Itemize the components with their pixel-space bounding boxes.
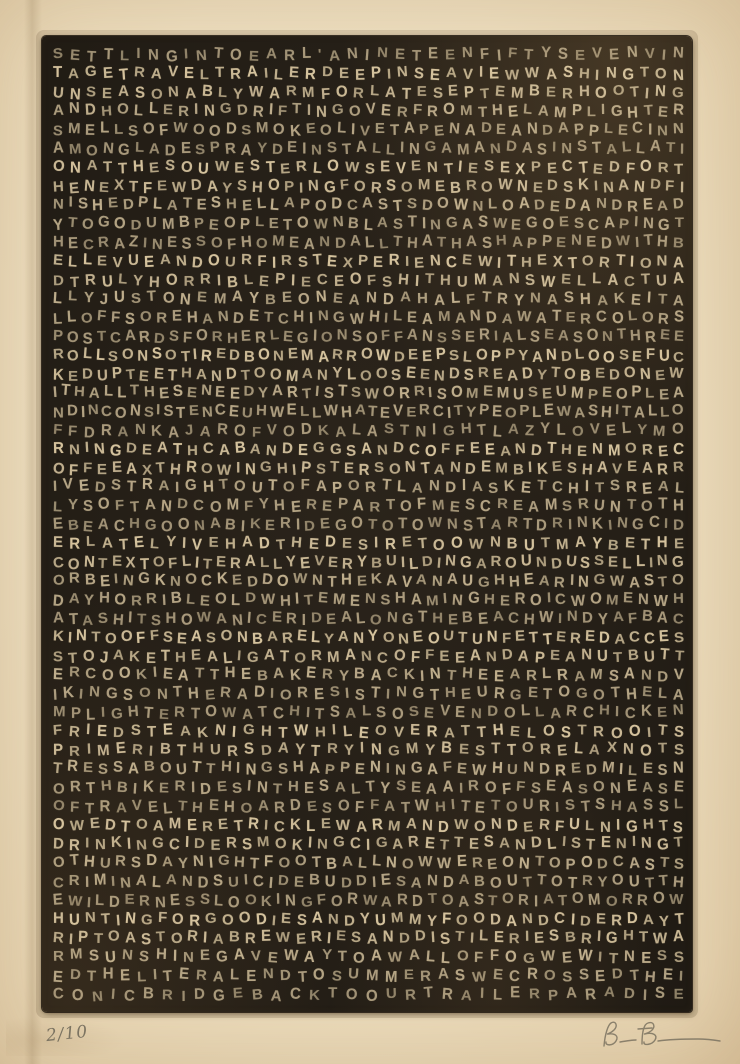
etched-text-line: CONTEXTOFLITERALLYEVERYBUILDINGAROUNDUSS… xyxy=(53,552,684,571)
etched-text-line: IKINGSONTHERADIORESISTINGTHEURGETOGOTHEL… xyxy=(53,684,684,703)
etched-text-line: HUNTINGFORGOODIESANDYUMMYFOODANDCIDERDAY… xyxy=(53,909,684,928)
paper-deckle-shadow xyxy=(24,0,42,1064)
etched-text-block: SETTLINGINTOEARL'ANINETEENFIFTYSEVENVINT… xyxy=(53,45,684,1004)
etched-text-line: ANDHOLLERINGDRIFTINGOVERFROMTHELAMPLIGHT… xyxy=(53,101,684,121)
etched-text-line: FFDRANKAJAROFVODKALASTNIGHTLAZYLOVELYMO xyxy=(53,420,684,440)
etched-text-line: SMELLSOFWOODSMOKEOLIVETAPENADEANDAPPLECI… xyxy=(53,120,684,139)
etched-text-line: AMONGLADESPRAYDEINSTALLINGAMANDASINSTALL… xyxy=(53,138,684,158)
etched-text-line: OWEDTOAMERETRICKLEWARMANDWONDERFULNIGHTS xyxy=(53,815,684,834)
etched-text-line: MPLIGHTERTOWATCHITSALSOSEVENDOLLARCHICKE… xyxy=(53,702,684,722)
etched-text-line: ERCOOKIEATTHEBAKERYBACKINTHEEARLRAMSANDV xyxy=(53,664,684,684)
etched-text-line: EDTHELITERALENDTOSUMMERASWECROSSEDTHEI xyxy=(53,966,684,985)
paper-sheet: SETTLINGINTOEARL'ANINETEENFIFTYSEVENVINT… xyxy=(0,0,740,1064)
etched-text-line: LYSOFTANDCOMFYHEREPARTOFMESCREAMSRUNTOTH xyxy=(53,496,684,515)
etched-text-line: ONATTHESOUWESTERLOWSEVENTIESEXPECTEDFORT xyxy=(53,157,684,176)
etched-text-line: OTHURSDAYNIGHTFOOTBALLNOWWEREONTOPODCAST… xyxy=(53,852,684,872)
etched-text-line: LLOFFSOREHANDETCHINGWHILEAMANDAWATERCOLO… xyxy=(53,308,684,327)
etched-text-line: IVEDSTRAIGHTOUTOFAPORTLANDIASKETCHITSREA… xyxy=(53,476,684,496)
etched-text-line: TAGETRAVELTRAILERDEEPINSEAVIEWWASHINGTON xyxy=(53,63,684,82)
etched-text-line: STOJAKETHEALIGATORMANCOFFEEANDAPEANUTBUT… xyxy=(53,646,684,665)
etched-text-line: ITHALLTHESENEEDYARTISTSWORRISOMEMUSEUMPE… xyxy=(53,382,684,402)
etched-text-line: UNSEASONABLYWARMFORLATESEPTEMBERHOOTING xyxy=(53,82,684,101)
etched-text-line: HENEXTFEWDAYSHOPINGFORSOMEBROWNEDSKINAND… xyxy=(53,176,684,195)
etched-text-line: OFTRAVELTHEHOARDESOFFATWHITETOURISTSHASS… xyxy=(53,796,684,816)
etched-text-line: ORBEINGKNOCKEDDOWNTHEKAVANAUGHHEARINGWAS… xyxy=(53,570,684,590)
etched-text-line: YTOGODUMBPEOPLETOWNBLASTINGASWEGOESCAPIN… xyxy=(53,214,684,233)
etched-text-line: PRIMERIBTHURSDAYTRYINGMYBESTTORELAXNOTS xyxy=(53,740,684,759)
etched-text-line: NDINCONSISTENCEUHWELLWHATEVERCITYPEOPLEW… xyxy=(53,402,684,421)
artist-signature xyxy=(596,1016,724,1058)
etching-plate: SETTLINGINTOEARL'ANINETEENFIFTYSEVENVINT… xyxy=(42,36,692,1012)
etched-text-line: ORTHBIKERIDESINTHESALTYSEAAIROFFSEASONEA… xyxy=(53,778,684,797)
etched-text-line: TRESSABOUTTHINGSHAPPENINGAFEWHUNDREDMILE… xyxy=(53,758,684,778)
etched-text-line: ELLEVUEANDOURFIRSTEXPERIENCEWITHEXTORTIO… xyxy=(53,251,684,270)
etched-text-line: FRIEDSTEAKNIGHTWHILEOVERATTHELOSTROOITS xyxy=(53,721,684,740)
etched-text-line: HECRAZINESSOFHOMEANDALLTHATHASHAPPENEDWI… xyxy=(53,232,684,252)
etched-text-line: RIPTOASTORIABREWERIESANDDISTILERIESBRIGH… xyxy=(53,928,684,947)
etched-text-line: ROLLSONSOTIREDBONEMARROWDEEPSLOPPYANDLOO… xyxy=(53,345,684,364)
etched-text-line: KEDUPTEETHANDTOOMANYLOOSEENDSREADYTOBEDO… xyxy=(53,364,684,383)
etched-text-line: CRIMINALANDSUICIDEBUDDIESANDABOUTTOTRYOU… xyxy=(53,872,684,891)
etched-text-line: KINTOOFFSEASONBARELYANYONEOUTUNFETTEREDA… xyxy=(53,627,684,646)
etched-text-line: NISHEDPLATESHELLAPODCASTSDOWNLOADEDANDRE… xyxy=(53,194,684,214)
etched-text-line: CONICBRIDGEBACKTOOURTRAILERPARADISE xyxy=(53,984,684,1004)
etched-text-line: DAYHORRIBLEOLDWHITEMENSHAMINGHEROICWOMEN… xyxy=(53,590,684,609)
etched-text-line: RMSUNSHINEGAVEWAYTOAWALLOFFOGWEWITNESS xyxy=(53,946,684,966)
etched-text-line: EWILDERNESSLOOKINGFORWARDTOASTORIATOMORR… xyxy=(53,890,684,910)
etched-text-line: ERLATELYIVEHADTHEDESIRETOOWNBUTMAYBETHE xyxy=(53,533,684,552)
etched-text-line: LLYJUSTONEMAYBEONEANDAHALFTRYNASHAKEITA xyxy=(53,288,684,308)
etched-text-line: ATASHITSHOWANICERIDEALONGTHEBEACHWINDYAF… xyxy=(53,608,684,628)
etched-text-line: EBEACHGOONABIKERIDEGOTOTOWNSTARTDRINKING… xyxy=(53,514,684,534)
etched-text-line: DTRULYHORRIBLEPIECEOFSHITHUMANSWELLACTUA xyxy=(53,270,684,289)
etched-text-line: POSTCARDSFORHERLEGIONSOFFANSSERIALSEASON… xyxy=(53,326,684,346)
etched-text-line: SETTLINGINTOEARL'ANINETEENFIFTYSEVENVIN xyxy=(53,44,684,64)
etched-text-line: RNINGDEATHCABANDEGGSANDCOFFEEANDTHENMORE… xyxy=(53,439,684,458)
